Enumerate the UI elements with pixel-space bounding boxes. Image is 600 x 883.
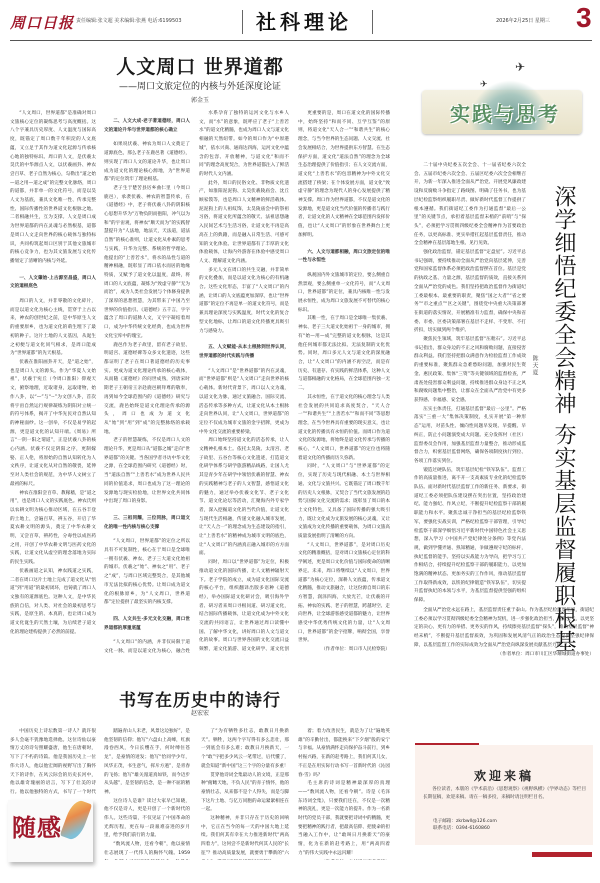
page-number: 3 (576, 2, 592, 34)
main-article-title: 人文周口 世界道都 (100, 52, 300, 79)
paragraph: “人文周口”的内涵，并非仅局限于道文化一脉，而是以道文化为核心，融合姓氏文化、农… (104, 639, 190, 655)
paragraph: 同时，周口以“世界道都”为定位，积极推动道文化的国际传播，让人文精神辐射天下。老… (199, 559, 289, 655)
main-article-column-1: “人文周口，世界道都”是准确对周口文旅核心定位的凝练思考与高度概括。这八个字兼具… (10, 110, 96, 655)
paragraph: 锻造过硬队伍，筑牢基层纪检“铁军队伍”。监督工作的高质量推进，离不开一支高素质专… (414, 467, 526, 606)
email-address[interactable]: zkrbwll@126.com (456, 819, 497, 824)
paragraph: 老子生于楚苦县厉乡曲仁里（今周口鹿邑），承袭伏羲、神农的智慧传承，在《道德经》中… (104, 185, 190, 342)
paragraph: 鹿邑作为老子故里，留有老子故里、明道宫、道德经碑等众多文化遗迹，这些都证明了老子… (104, 342, 190, 438)
paragraph: 周口始终坚持道文化的活态传承，让人文精神扎根本土。依托太昊陵、太清宫、老子故里、… (199, 437, 289, 559)
paragraph: 更重要的是，周口在道文化的国际传播中，始终坚持“和而不同、互学互鉴”的原则，将道… (298, 110, 390, 241)
paragraph: 纵观国内外文旅城市的定位，要么侧重自然景观，要么侧重单一文化符号，而“人文周口，… (298, 272, 390, 316)
crane-icon: ✈ (515, 60, 525, 74)
crane-icon: ✈ (480, 80, 488, 90)
paragraph: 老子的智慧凝练，不仅是周口人文的理论升华，更是周口从“道都之城”走向“世界道都”… (104, 437, 190, 507)
paragraph: 神农在淮阳尝百草、教稼穑，是“道之用”，也是周口人文的实践底色。神农氏则以农耕文… (10, 490, 96, 568)
right-article-body: 二十届中央纪委五次全会、十一届省纪委六次全会、五届市纪委六次全会、五届区纪委六次… (414, 162, 526, 607)
paragraph: 伏羲在淮阳画卦开天，是“道之始”，也是周口人文的源头。作为“华夏人文始祖”，伏羲… (10, 359, 96, 490)
paragraph: 贯穿他诗词全集最动人的文境，正是那种“俯瞰天地，不负人民”的赤子情怀，他的豪情壮… (201, 772, 289, 816)
paragraph: 此外，周口的民俗文化、非物质文化遗产，如淮阳泥泥狗、太昊伏羲陵庙会、沈丘顾家馍等… (199, 180, 289, 267)
submission-title: 欢迎来稿 (415, 767, 593, 784)
masthead: 周口日报 责任编辑:张文超 美术编辑:张燕 电话:6199503 社科理论 20… (10, 0, 592, 41)
practice-thinking-banner: ✈ ✈ 实践与思考 (400, 50, 600, 160)
main-article-subtitle: ——周口文旅定位的内核与外延深度论证 (100, 79, 300, 92)
editor-credits: 责任编辑:张文超 美术编辑:张燕 电话:6199503 (76, 17, 182, 24)
issue-date: 2026年2月25日 星期三 (496, 17, 550, 24)
paragraph: 水系孕育了独特的运河文化与水乡人文，而“水”的意象，既呼应了老子“上善若水”的道… (199, 110, 289, 180)
banner-title: 实践与思考 (430, 98, 580, 127)
paragraph: 这位诗人是谁？读过大家早已知晓，他不仅是诗人，更是开创了一个新时代的伟人。这些诗… (104, 798, 190, 842)
paragraph: 着；着力改善民生，就是为了让“遍地英雄”的辛勤付出，都能换来“下夕烟”般的安宁与… (298, 728, 390, 780)
paragraph: 其永恒性，在于道文化的核心理念与人类社会发展的共同追求高度契合，“天人合一”“和… (298, 394, 390, 464)
main-article-column-4: 更重要的是，周口在道文化的国际传播中，始终坚持“和而不同、互学互鉴”的原则，将道… (298, 110, 390, 655)
paragraph: 强化政治监督，锚定基层监督“定盘星”。习近平总书记强调，要持续推动全面从严治党向… (414, 249, 526, 336)
section-subheading: 三、三祖同耀，三位同脉，周口道文化的唯一性内核与核心支撑 (104, 515, 190, 532)
paragraph: 聚焦民生领域，筑牢基层监督“压舱石”。习近平总书记指出，群众身边的不正之风和腐败… (414, 336, 526, 406)
main-article-author: 郭金玉 (160, 95, 240, 104)
quill-icon (60, 798, 92, 842)
right-article-vertical-title: 深学细悟纪委全会精神 夯实基层监督履职根基 (545, 185, 575, 653)
main-article-column-2: 二、人文大成·老子著道德经，周口人文的道论升华与世界道都的核心确立如果说伏羲、神… (104, 110, 190, 655)
section-subheading: 一、人文肇始·上古源至昌盛，周口人文的道根底色 (10, 275, 96, 292)
second-article-column-1: 中国历史上诗坛数第一诗人？就许很多人会毫不犹豫地选择他。这位诗仙以豪情万丈的诗句… (10, 728, 96, 794)
divider (242, 10, 243, 34)
section-subheading: 二、人文大成·老子著道德经，周口人文的道论升华与世界道都的核心确立 (104, 118, 190, 135)
author-affiliation: （作者单位：中共周口市委党校） (298, 859, 390, 860)
phone-number: 0394-6160860 (456, 826, 490, 831)
divider (372, 10, 373, 34)
paragraph: 周口的人文，并非零散的文化碎片，而是以道文化为核心主线，贯穿于上古以来，神农的创… (10, 298, 96, 359)
paragraph: “人文周口，世界道都”的定位之所以具有不可复制性，核心在于周口是全球唯一拥有伏羲… (104, 538, 190, 608)
second-article-author: 赵宏宏 (160, 708, 240, 717)
paragraph: 了“为有牺牲多壮志，敢教日月换新天”。牺牲，这两个字写得有多么悲壮，那一到底会有… (201, 728, 289, 772)
paragraph: 多元人文在周口的共生交融，并非简单的文化叠加，而是以道文化为核心的有机融合。这些… (199, 267, 289, 337)
paragraph: 如果说伏羲、神农为周口人文奠定了道源底色，那么老子在鹿邑著《道德经》，则实现了周… (104, 141, 190, 185)
column-label: 随感 (12, 808, 62, 843)
author-affiliation: （作者单位：周口市人民检察院） (298, 646, 390, 655)
second-article-column-3: 了“为有牺牲多壮志，敢教日月换新天”。牺牲，这两个字写得有多么悲壮，那一到底会有… (201, 728, 289, 860)
paragraph: “人文周口，世界道都”，是对周口历史文化的精准概括，是对周口文旅核心定位的科学阐… (298, 542, 390, 646)
paragraph: 其唯一性，在于周口是全球唯一集伏羲、神农、老子三大道文化始祖于一身的城市，拥有“… (298, 315, 390, 393)
paragraph: 中国历史上诗坛数第一诗人？就许很多人会毫不犹豫地选择他。这位诗仙以豪情万丈的诗句… (10, 728, 96, 794)
paragraph: “人文周口”是“世界道都”的内在灵魂，而“世界道都”则是“人文周口”走向世界的核… (199, 368, 289, 438)
paragraph: 毛主席的诗词是精神最深厚的真理——“数风流人物，还看今朝”。诗是《毛泽东诗词全集… (298, 780, 390, 858)
section-subheading: 六、人文与道都相融，周口文旅定位的唯一性与永恒性 (298, 249, 390, 266)
submission-text: 各位读者，本版的《学术前沿》《思想观察》《视野纵横》《学界动态》等栏目长期征稿，… (423, 786, 587, 801)
main-article-column-3: 水系孕育了独特的运河文化与水乡人文，而“水”的意象，既呼应了老子“上善若水”的道… (199, 110, 289, 655)
paragraph: 同时，“人文周口”与“世界道都”的定位，实现了历史与现代相融、本土与世界相通、文… (298, 463, 390, 541)
section-title: 社科理论 (256, 6, 352, 35)
paragraph: 踏遍青山人未老，风景这边独好”，是他坚韧的信仰；他写“六盘山上高峰，红旗漫卷西风… (104, 728, 190, 798)
email-label: 电子邮箱： (433, 819, 456, 824)
section-subheading: 四、人文共生·多元文化交融，周口世界道都的厚重底蕴 (104, 616, 190, 633)
paragraph: 压实主体责任，打通基层监督“最后一公里”。严格落实“三重一大”集体决策制度，扎实… (414, 406, 526, 467)
paragraph: 这种精神，并非只存在于历史的回响中，它正在当今的每一天的中国大地上延续。我们何其… (201, 815, 289, 860)
suigan-column-badge: 随感 (8, 800, 93, 862)
right-article-author: 陈天夏 (530, 355, 539, 376)
phone-label: 联系电话： (433, 826, 456, 831)
section-subheading: 五、人文赋能·从本土根脉到世界认同，世界道都的时代实践与传播 (199, 344, 289, 361)
second-article-column-4: 着；着力改善民生，就是为了让“遍地英雄”的辛勤付出，都能换来“下夕烟”般的安宁与… (298, 728, 390, 860)
decorative-ribbon (532, 852, 592, 857)
paragraph: 二十届中央纪委五次全会、十一届省纪委六次全会、五届市纪委六次全会、五届区纪委六次… (414, 162, 526, 249)
second-article-column-2: 踏遍青山人未老，风景这边独好”，是他坚韧的信仰；他写“六盘山上高峰，红旗漫卷西风… (104, 728, 190, 860)
newspaper-logo: 周口日报 (10, 12, 74, 33)
paragraph: 伏羲画道之认知，神农践道之实践，二者在周口这片土地上完成了道文化从“悟道”到“用… (10, 568, 96, 638)
paragraph: “数风流人物，还看今朝”，他以豪情壮志展现了一代伟人的胸怀气魄。1959年，他踏… (104, 841, 190, 860)
submission-contact: 电子邮箱：zkrbwll@126.com 联系电话：0394-6160860 (433, 818, 497, 832)
paragraph: “人文周口，世界道都”是准确对周口文旅核心定位的凝练思考与高度概括。这八个字兼具… (10, 110, 96, 267)
